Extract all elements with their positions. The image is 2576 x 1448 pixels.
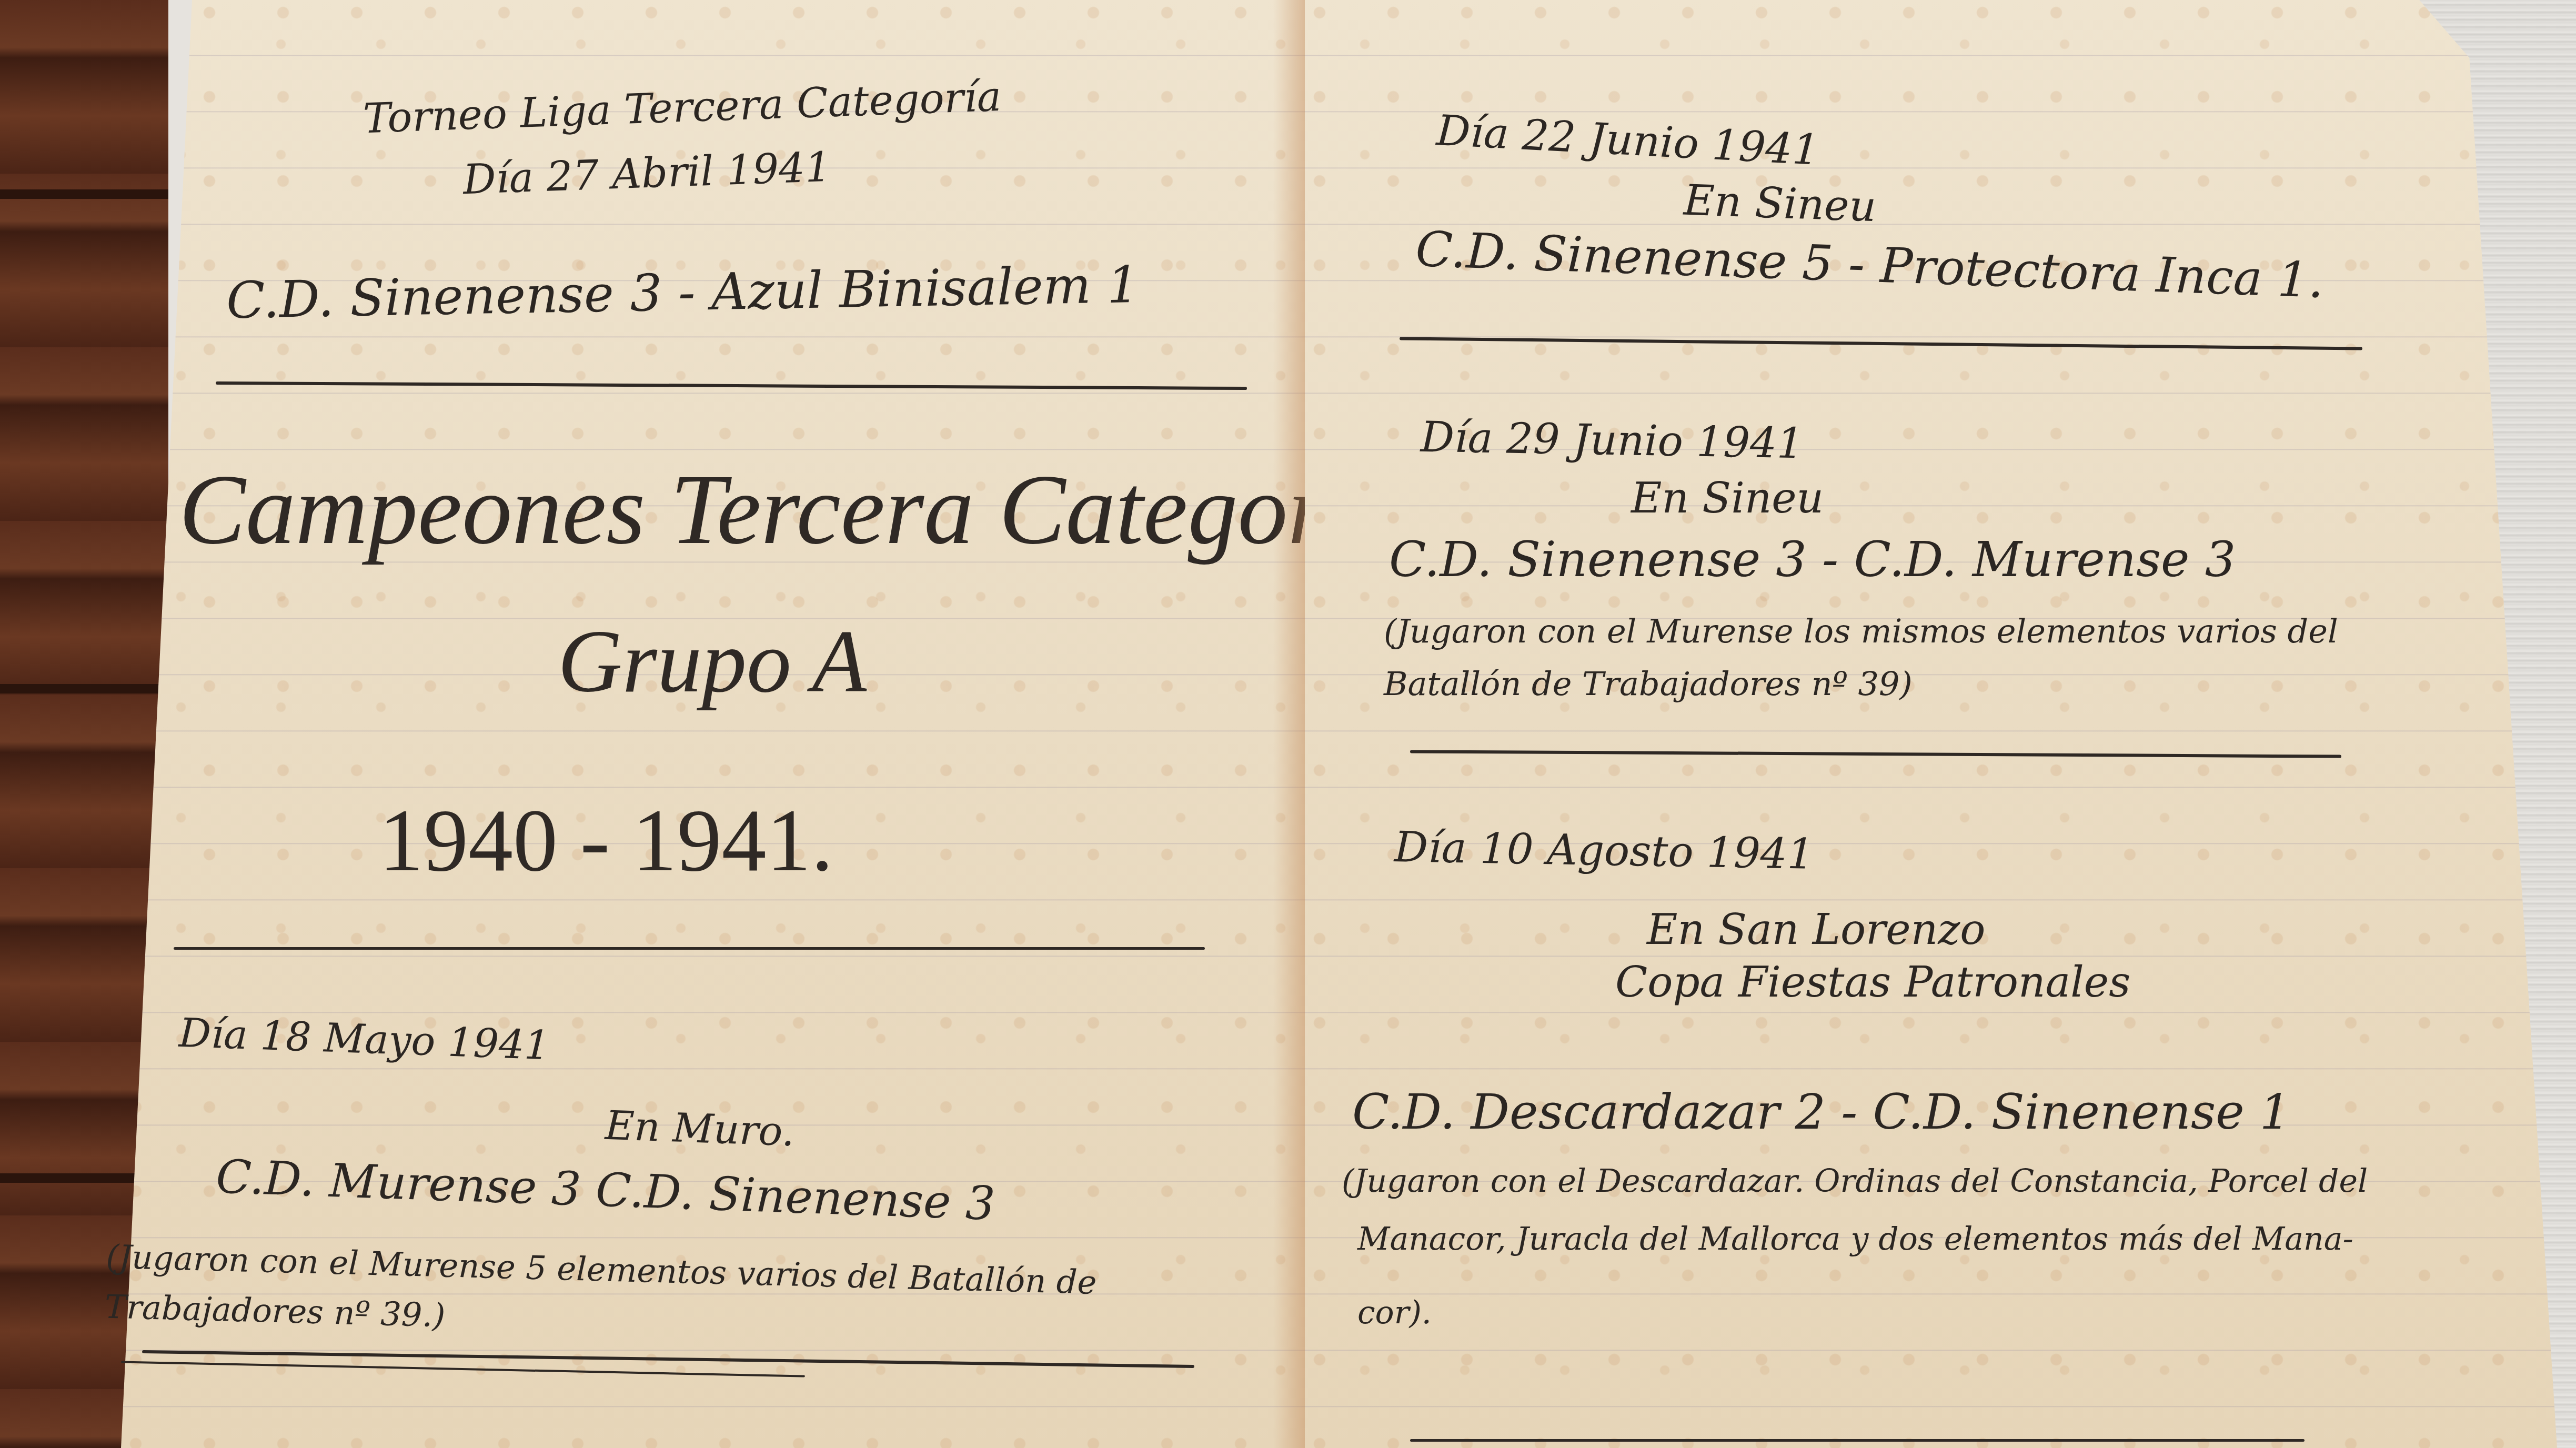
entry-result: C.D. Descardazar 2 - C.D. Sinenense 1: [1352, 1084, 2290, 1140]
entry-date: Día 29 Junio 1941: [1420, 413, 1804, 468]
entry-competition: Copa Fiestas Patronales: [1615, 958, 2130, 1007]
entry-place: En Sineu: [1631, 474, 1824, 522]
entry-note-line: cor).: [1357, 1294, 1432, 1331]
group-title: Grupo A: [558, 610, 867, 713]
entry-note-line: Manacor, Juracla del Mallorca y dos elem…: [1357, 1221, 2353, 1258]
entry-note: (Jugaron con el Murense los mismos eleme…: [1384, 605, 2426, 710]
champions-title: Campeones Tercera Categoría: [179, 453, 1404, 567]
season-title: 1940 - 1941.: [379, 789, 833, 892]
entry-note-line: (Jugaron con el Descardazar. Ordinas del…: [1342, 1163, 2368, 1200]
entry-place: En Sineu: [1683, 176, 1877, 232]
entry-place: En San Lorenzo: [1647, 905, 1986, 954]
wood-seam: [0, 189, 168, 199]
entry-result: C.D. Sinenense 3 - C.D. Murense 3: [1389, 531, 2236, 588]
entry-place: En Muro.: [605, 1102, 796, 1155]
left-page: [121, 0, 1305, 1448]
entry-date: Día 10 Agosto 1941: [1394, 822, 1814, 879]
divider-line: [174, 947, 1205, 950]
divider-line: [1410, 1439, 2305, 1442]
wood-seam: [0, 684, 168, 693]
